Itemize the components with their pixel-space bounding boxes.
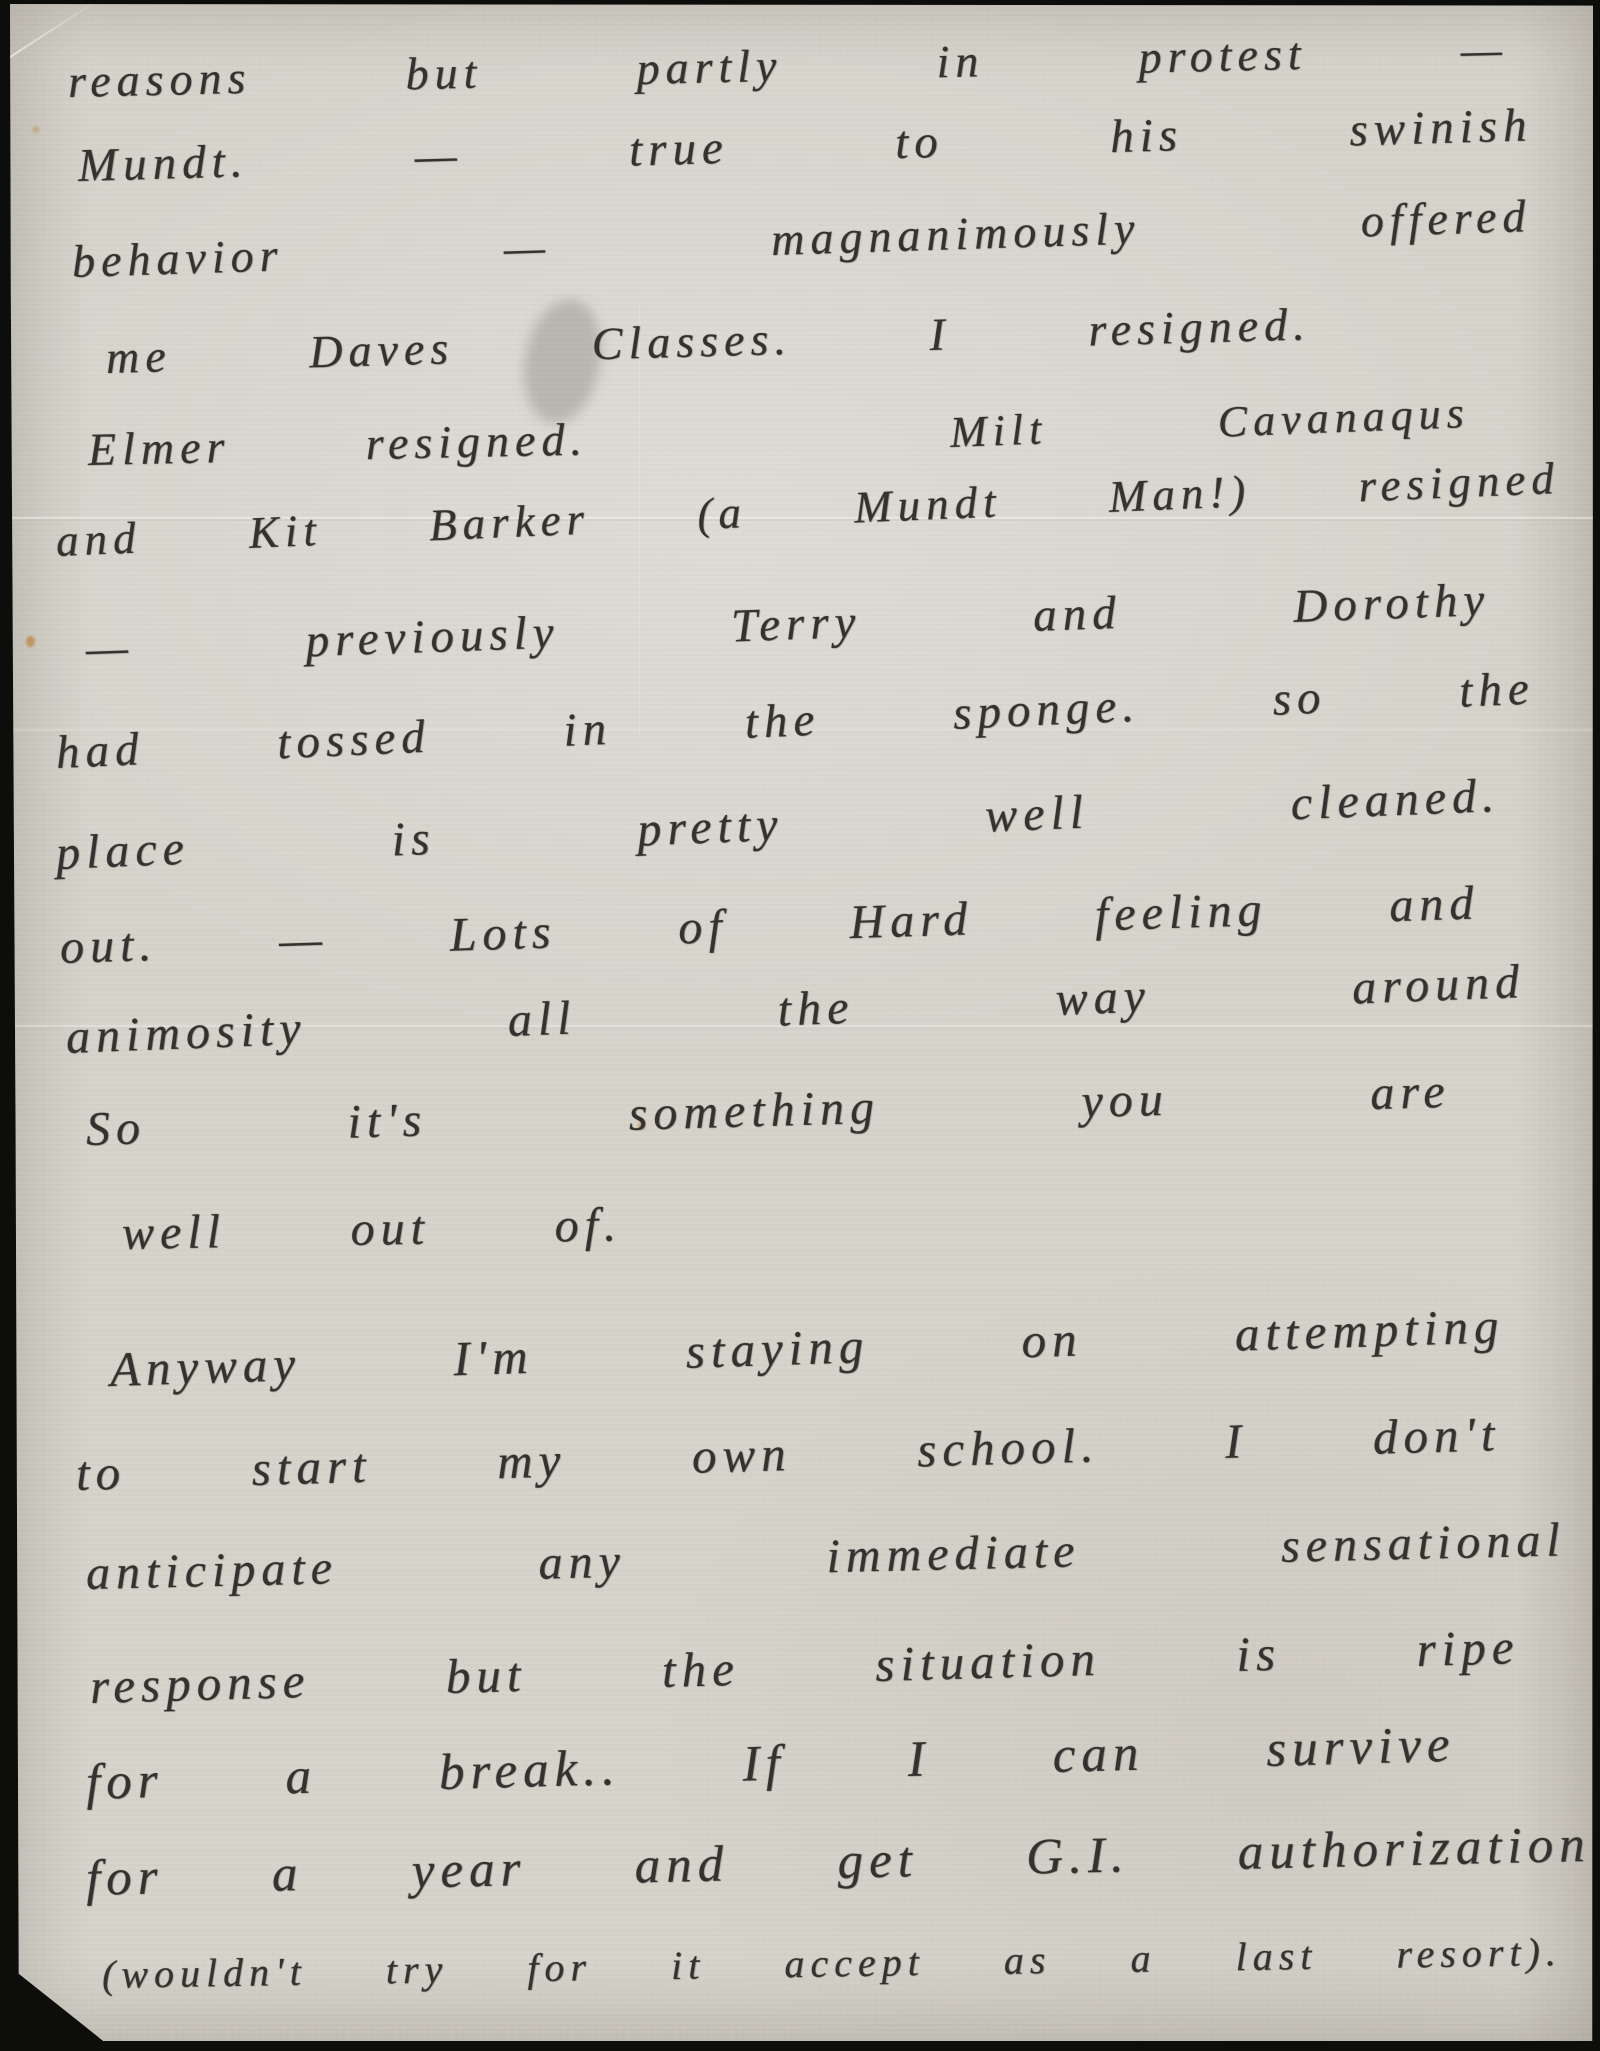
handwritten-line-4: me Daves Classes. I resigned. (105, 298, 1311, 385)
folded-corner (18, 1973, 104, 2041)
stain-dot-3 (32, 126, 40, 133)
handwritten-line-17: anticipate any immediate sensational (85, 1512, 1566, 1601)
handwritten-line-3: behavior — magnanimously offered (71, 190, 1532, 289)
handwritten-line-15: Anyway I'm staying on attempting (109, 1298, 1505, 1398)
handwritten-line-16: to start my own school. I don't (75, 1406, 1501, 1502)
handwritten-line-19: for a break.. If I can survive (85, 1716, 1456, 1813)
handwritten-line-14: well out of. (122, 1197, 623, 1261)
handwritten-line-9: had tossed in the sponge. so the (55, 661, 1536, 780)
stain-dot-1 (26, 636, 35, 647)
handwritten-line-8: — previously Terry and Dorothy (85, 573, 1491, 676)
letter-page: reasons but partly in protest —Mundt. — … (10, 4, 1593, 2041)
handwritten-line-13: So it's something you are (85, 1064, 1451, 1157)
corner-crease (3, 0, 130, 62)
handwritten-line-11: out. — Lots of Hard feeling and (59, 875, 1480, 975)
handwritten-line-2: Mundt. — true to his swinish (77, 98, 1533, 193)
handwritten-line-21: (wouldn't try for it accept as a last re… (102, 1929, 1563, 1998)
handwritten-line-1: reasons but partly in protest — (67, 23, 1508, 109)
handwritten-line-12: animosity all the way around (65, 954, 1526, 1065)
handwritten-line-10: place is pretty well cleaned. (55, 768, 1501, 881)
handwritten-line-6: Milt Cavanaqus (949, 388, 1471, 459)
handwritten-line-18: response but the situation is ripe (89, 1619, 1520, 1715)
handwritten-line-20: for a year and get G.I. authorization (85, 1816, 1591, 1909)
scan-background: reasons but partly in protest —Mundt. — … (0, 0, 1600, 2051)
handwritten-line-5: Elmer resigned. (87, 414, 588, 477)
